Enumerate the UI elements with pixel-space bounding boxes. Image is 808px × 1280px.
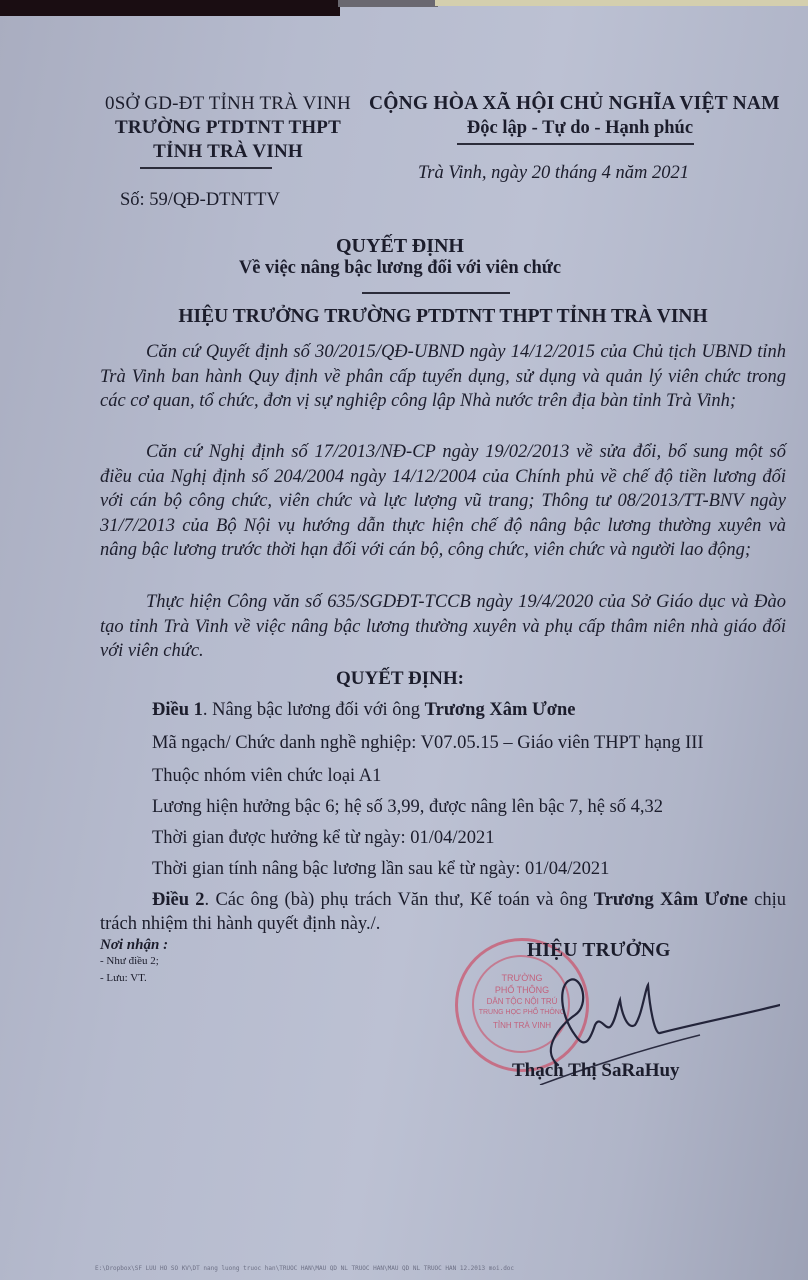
- document-subtitle: Về việc nâng bậc lương đối với viên chức: [150, 258, 650, 279]
- employee-name-continued: Ươne: [704, 890, 747, 910]
- employee-name: Trương Xâm Ươne: [425, 700, 576, 720]
- title-underline: [362, 292, 510, 294]
- preamble-paragraph: Thực hiện Công văn số 635/SGDĐT-TCCB ngà…: [100, 590, 786, 664]
- school-province: TỈNH TRÀ VINH: [78, 141, 378, 163]
- article-2-text: . Các ông (bà) phụ trách Văn thư, Kế toá…: [205, 890, 594, 910]
- article-1-heading: Điều 1. Nâng bậc lương đối với ông Trươn…: [152, 700, 575, 721]
- department-name: 0SỞ GD-ĐT TỈNH TRÀ VINH: [78, 93, 378, 115]
- file-path-footer: E:\Dropbox\SF LUU HO SO KV\DT nang luong…: [95, 1265, 514, 1272]
- recipient-item: - Lưu: VT.: [100, 972, 147, 984]
- document-title: QUYẾT ĐỊNH: [200, 235, 600, 258]
- job-title-line: Mã ngạch/ Chức danh nghề nghiệp: V07.05.…: [152, 733, 704, 754]
- article-2-label: Điều 2: [152, 890, 205, 910]
- signer-name: Thạch Thị SaRaHuy: [512, 1060, 680, 1082]
- salary-grade-line: Lương hiện hưởng bậc 6; hệ số 3,99, được…: [152, 797, 663, 818]
- background-dark-area: [0, 0, 340, 16]
- preamble-paragraph: Căn cứ Nghị định số 17/2013/NĐ-CP ngày 1…: [100, 440, 786, 563]
- preamble-paragraph: Căn cứ Quyết định số 30/2015/QĐ-UBND ngà…: [100, 340, 786, 414]
- background-mid-area: [338, 0, 438, 7]
- national-motto-underline: [457, 143, 694, 145]
- article-2-paragraph: Điều 2. Các ông (bà) phụ trách Văn thư, …: [100, 888, 786, 936]
- effective-date-line: Thời gian được hưởng kể từ ngày: 01/04/2…: [152, 828, 495, 849]
- national-motto: Độc lập - Tự do - Hạnh phúc: [420, 118, 740, 139]
- decision-heading: QUYẾT ĐỊNH:: [200, 668, 600, 690]
- document-date: Trà Vinh, ngày 20 tháng 4 năm 2021: [418, 161, 689, 186]
- recipient-item: - Như điều 2;: [100, 955, 159, 967]
- recipients-heading: Nơi nhận :: [100, 937, 168, 954]
- employee-name: Trương Xâm: [594, 890, 698, 910]
- underlying-paper-edge: [435, 0, 808, 6]
- article-1-label: Điều 1: [152, 700, 203, 720]
- employee-group-line: Thuộc nhóm viên chức loại A1: [152, 766, 381, 787]
- photo-top-edge: [0, 0, 808, 16]
- document-number: Số: 59/QĐ-DTNTTV: [120, 188, 280, 213]
- national-title: CỘNG HÒA XÃ HỘI CHỦ NGHĨA VIỆT NAM: [369, 93, 780, 115]
- header-left-underline: [140, 167, 272, 169]
- next-raise-date-line: Thời gian tính nâng bậc lương lần sau kể…: [152, 859, 609, 880]
- article-1-text: . Nâng bậc lương đối với ông: [203, 700, 425, 720]
- school-name: TRƯỜNG PTDTNT THPT: [78, 117, 378, 139]
- issuing-authority: HIỆU TRƯỞNG TRƯỜNG PTDTNT THPT TỈNH TRÀ …: [100, 306, 786, 328]
